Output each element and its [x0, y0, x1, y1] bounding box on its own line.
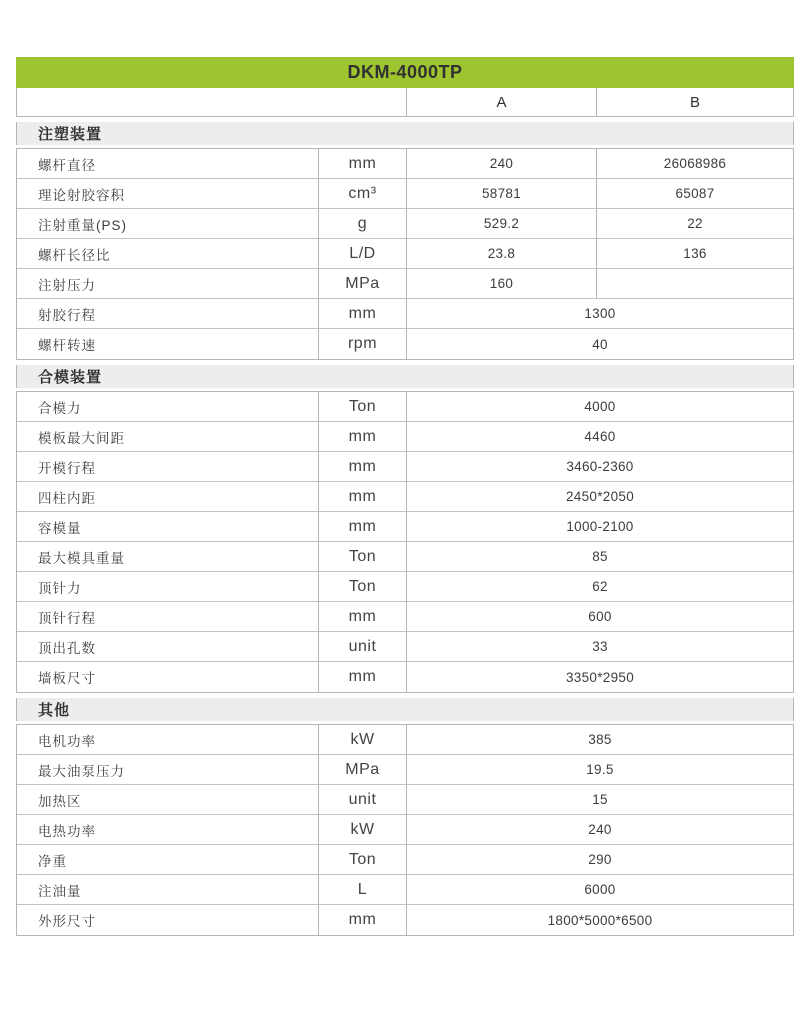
spec-row: 螺杆直径 mm 24026068986	[17, 149, 793, 179]
spec-value-b: 26068986	[596, 149, 793, 178]
spec-value-b: 136	[596, 239, 793, 268]
spec-row: 注射压力 MPa 160	[17, 269, 793, 299]
spec-unit: g	[318, 209, 406, 238]
spec-row: 合模力 Ton 4000	[17, 392, 793, 422]
spec-unit: cm³	[318, 179, 406, 208]
spec-row: 墙板尺寸 mm 3350*2950	[17, 662, 793, 692]
spec-row: 模板最大间距 mm 4460	[17, 422, 793, 452]
spec-section: 合模装置 合模力 Ton 4000 模板最大间距 mm 4460 开模行程 mm…	[16, 365, 794, 693]
spec-value-a: 529.2	[406, 209, 596, 238]
spec-unit: L/D	[318, 239, 406, 268]
spec-label: 顶针行程	[17, 602, 318, 631]
spec-section: 注塑装置 螺杆直径 mm 24026068986 理论射胶容积 cm³ 5878…	[16, 122, 794, 360]
spec-unit: L	[318, 875, 406, 904]
spec-label: 模板最大间距	[17, 422, 318, 451]
spec-section: 其他 电机功率 kW 385 最大油泵压力 MPa 19.5 加热区 unit …	[16, 698, 794, 936]
spec-table: DKM-4000TP A B 注塑装置 螺杆直径 mm 24026068986 …	[16, 57, 794, 936]
spec-label: 注射压力	[17, 269, 318, 298]
spec-label: 四柱内距	[17, 482, 318, 511]
spec-unit: kW	[318, 725, 406, 754]
spec-unit: Ton	[318, 845, 406, 874]
spec-value-a: 240	[406, 149, 596, 178]
spec-value-a: 23.8	[406, 239, 596, 268]
column-header-a: A	[406, 88, 596, 116]
column-header-spacer	[17, 88, 406, 116]
spec-row: 外形尺寸 mm 1800*5000*6500	[17, 905, 793, 935]
spec-unit: mm	[318, 422, 406, 451]
spec-unit: rpm	[318, 329, 406, 359]
spec-row: 理论射胶容积 cm³ 5878165087	[17, 179, 793, 209]
spec-value: 1000-2100	[406, 512, 793, 541]
spec-unit: mm	[318, 905, 406, 935]
spec-value-a: 58781	[406, 179, 596, 208]
spec-value: 4000	[406, 392, 793, 421]
spec-value: 4460	[406, 422, 793, 451]
column-header-b: B	[596, 88, 793, 116]
spec-unit: Ton	[318, 542, 406, 571]
spec-value: 6000	[406, 875, 793, 904]
section-header: 注塑装置	[16, 122, 794, 145]
spec-value: 290	[406, 845, 793, 874]
spec-value: 240	[406, 815, 793, 844]
spec-value-b: 65087	[596, 179, 793, 208]
spec-value: 85	[406, 542, 793, 571]
spec-value-b	[596, 269, 793, 298]
model-title: DKM-4000TP	[347, 62, 462, 83]
spec-unit: mm	[318, 482, 406, 511]
section-rows: 螺杆直径 mm 24026068986 理论射胶容积 cm³ 587816508…	[16, 148, 794, 360]
spec-label: 合模力	[17, 392, 318, 421]
spec-row: 射胶行程 mm 1300	[17, 299, 793, 329]
spec-unit: mm	[318, 452, 406, 481]
spec-value: 2450*2050	[406, 482, 793, 511]
spec-row: 净重 Ton 290	[17, 845, 793, 875]
spec-value: 1800*5000*6500	[406, 905, 793, 935]
spec-unit: kW	[318, 815, 406, 844]
spec-label: 螺杆转速	[17, 329, 318, 359]
spec-unit: mm	[318, 602, 406, 631]
spec-value: 19.5	[406, 755, 793, 784]
spec-label: 容模量	[17, 512, 318, 541]
spec-label: 理论射胶容积	[17, 179, 318, 208]
section-header: 其他	[16, 698, 794, 721]
spec-row: 螺杆长径比 L/D 23.8136	[17, 239, 793, 269]
spec-label: 外形尺寸	[17, 905, 318, 935]
spec-label: 电机功率	[17, 725, 318, 754]
spec-row: 最大油泵压力 MPa 19.5	[17, 755, 793, 785]
section-rows: 合模力 Ton 4000 模板最大间距 mm 4460 开模行程 mm 3460…	[16, 391, 794, 693]
spec-row: 顶针行程 mm 600	[17, 602, 793, 632]
spec-row: 四柱内距 mm 2450*2050	[17, 482, 793, 512]
spec-unit: MPa	[318, 269, 406, 298]
spec-value-b: 22	[596, 209, 793, 238]
spec-unit: unit	[318, 632, 406, 661]
spec-unit: mm	[318, 149, 406, 178]
spec-row: 加热区 unit 15	[17, 785, 793, 815]
spec-label: 最大模具重量	[17, 542, 318, 571]
spec-unit: mm	[318, 299, 406, 328]
spec-value: 3350*2950	[406, 662, 793, 692]
spec-unit: mm	[318, 512, 406, 541]
spec-label: 开模行程	[17, 452, 318, 481]
spec-value: 62	[406, 572, 793, 601]
spec-label: 净重	[17, 845, 318, 874]
spec-unit: mm	[318, 662, 406, 692]
spec-value-a: 160	[406, 269, 596, 298]
table-title-bar: DKM-4000TP	[16, 57, 794, 88]
section-title: 其他	[38, 699, 70, 720]
section-rows: 电机功率 kW 385 最大油泵压力 MPa 19.5 加热区 unit 15 …	[16, 724, 794, 936]
section-title: 注塑装置	[38, 123, 102, 144]
sections-container: 注塑装置 螺杆直径 mm 24026068986 理论射胶容积 cm³ 5878…	[16, 122, 794, 936]
spec-value: 1300	[406, 299, 793, 328]
spec-row: 注油量 L 6000	[17, 875, 793, 905]
spec-label: 顶出孔数	[17, 632, 318, 661]
spec-unit: unit	[318, 785, 406, 814]
spec-row: 开模行程 mm 3460-2360	[17, 452, 793, 482]
spec-label: 注射重量(PS)	[17, 209, 318, 238]
spec-label: 最大油泵压力	[17, 755, 318, 784]
spec-value: 385	[406, 725, 793, 754]
spec-label: 加热区	[17, 785, 318, 814]
spec-label: 墙板尺寸	[17, 662, 318, 692]
spec-label: 螺杆直径	[17, 149, 318, 178]
spec-value: 3460-2360	[406, 452, 793, 481]
spec-row: 容模量 mm 1000-2100	[17, 512, 793, 542]
spec-value: 15	[406, 785, 793, 814]
spec-label: 顶针力	[17, 572, 318, 601]
spec-row: 顶针力 Ton 62	[17, 572, 793, 602]
spec-unit: MPa	[318, 755, 406, 784]
spec-value: 40	[406, 329, 793, 359]
spec-unit: Ton	[318, 572, 406, 601]
spec-value: 33	[406, 632, 793, 661]
spec-label: 电热功率	[17, 815, 318, 844]
spec-label: 螺杆长径比	[17, 239, 318, 268]
spec-row: 最大模具重量 Ton 85	[17, 542, 793, 572]
spec-label: 射胶行程	[17, 299, 318, 328]
spec-label: 注油量	[17, 875, 318, 904]
spec-row: 螺杆转速 rpm 40	[17, 329, 793, 359]
section-header: 合模装置	[16, 365, 794, 388]
column-header-row: A B	[16, 88, 794, 117]
spec-row: 注射重量(PS) g 529.222	[17, 209, 793, 239]
spec-value: 600	[406, 602, 793, 631]
spec-row: 电机功率 kW 385	[17, 725, 793, 755]
spec-row: 电热功率 kW 240	[17, 815, 793, 845]
spec-row: 顶出孔数 unit 33	[17, 632, 793, 662]
spec-unit: Ton	[318, 392, 406, 421]
section-title: 合模装置	[38, 366, 102, 387]
